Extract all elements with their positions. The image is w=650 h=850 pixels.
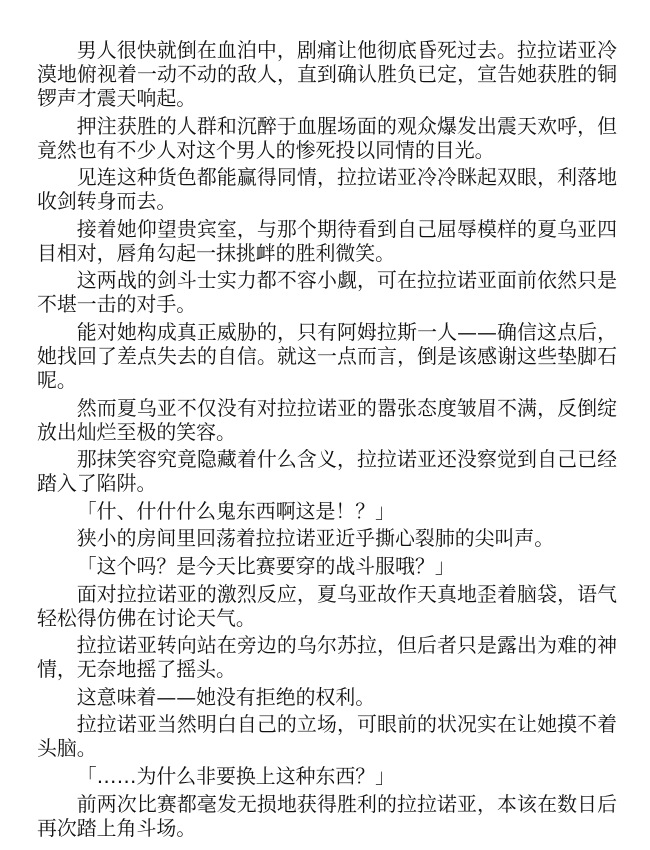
paragraph: 男人很快就倒在血泊中，剧痛让他彻底昏死过去。拉拉诺亚冷漠地俯视着一动不动的敌人，… xyxy=(37,39,617,111)
paragraph: 然而夏乌亚不仅没有对拉拉诺亚的嚣张态度皱眉不满，反倒绽放出灿烂至极的笑容。 xyxy=(37,397,617,445)
paragraph: 拉拉诺亚当然明白自己的立场，可眼前的状况实在让她摸不着头脑。 xyxy=(37,713,617,761)
paragraph: 拉拉诺亚转向站在旁边的乌尔苏拉，但后者只是露出为难的神情，无奈地摇了摇头。 xyxy=(37,634,617,682)
paragraph: 这两战的剑斗士实力都不容小觑，可在拉拉诺亚面前依然只是不堪一击的对手。 xyxy=(37,269,617,317)
dialogue-line: 「什、什什什么鬼东西啊这是！？」 xyxy=(37,500,617,524)
paragraph: 能对她构成真正威胁的，只有阿姆拉斯一人——确信这点后，她找回了差点失去的自信。就… xyxy=(37,321,617,393)
paragraph: 狭小的房间里回荡着拉拉诺亚近乎撕心裂肺的尖叫声。 xyxy=(37,527,617,551)
paragraph: 接着她仰望贵宾室，与那个期待看到自己屈辱模样的夏乌亚四目相对，唇角勾起一抹挑衅的… xyxy=(37,218,617,266)
document-page: 男人很快就倒在血泊中，剧痛让他彻底昏死过去。拉拉诺亚冷漠地俯视着一动不动的敌人，… xyxy=(37,39,617,844)
paragraph: 见连这种货色都能赢得同情，拉拉诺亚冷冷眯起双眼，利落地收剑转身而去。 xyxy=(37,166,617,214)
dialogue-line: 「这个吗？是今天比赛要穿的战斗服哦？」 xyxy=(37,555,617,579)
paragraph: 这意味着——她没有拒绝的权利。 xyxy=(37,686,617,710)
paragraph: 押注获胜的人群和沉醉于血腥场面的观众爆发出震天欢呼，但竟然也有不少人对这个男人的… xyxy=(37,115,617,163)
paragraph: 面对拉拉诺亚的激烈反应，夏乌亚故作天真地歪着脑袋，语气轻松得仿佛在讨论天气。 xyxy=(37,583,617,631)
paragraph: 那抹笑容究竟隐藏着什么含义，拉拉诺亚还没察觉到自己已经踏入了陷阱。 xyxy=(37,448,617,496)
paragraph: 前两次比赛都毫发无损地获得胜利的拉拉诺亚，本该在数日后再次踏上角斗场。 xyxy=(37,793,617,841)
dialogue-line: 「……为什么非要换上这种东西？」 xyxy=(37,765,617,789)
